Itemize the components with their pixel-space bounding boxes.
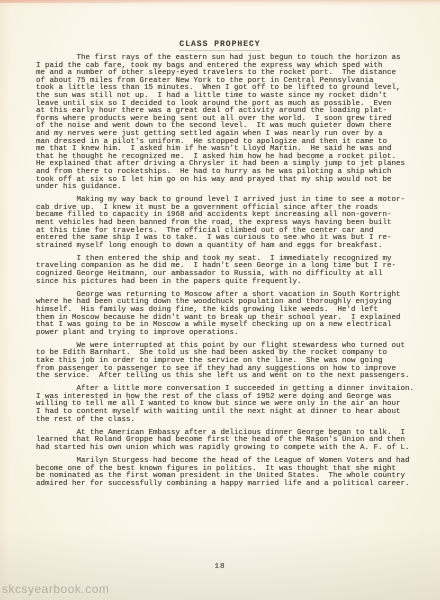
paragraph-1: The first rays of the eastern sun had ju… — [36, 55, 428, 192]
page-title-text: CLASS PROPHECY — [179, 40, 260, 51]
paragraph-8: Marilyn Sturgess had become the head of … — [36, 458, 428, 488]
prophecy-text-block: The first rays of the eastern sun had ju… — [36, 55, 428, 494]
scan-edge-artifact — [0, 0, 440, 3]
paragraph-4: George was returning to Moscow after a s… — [36, 292, 428, 338]
scanned-yearbook-page: CLASS PROPHECY The first rays of the eas… — [0, 0, 440, 600]
paragraph-6: After a little more conversation I succe… — [36, 386, 428, 424]
paragraph-5: We were interrupted at this point by our… — [36, 343, 428, 381]
paragraph-2: Making my way back to ground level I arr… — [36, 197, 428, 250]
page-number: 18 — [0, 563, 440, 571]
paragraph-7: At the American Embassy after a deliciou… — [36, 430, 428, 453]
page-title: CLASS PROPHECY — [0, 40, 440, 51]
watermark: skcsyearbook.com — [2, 582, 109, 596]
paragraph-3: I then entered the ship and took my seat… — [36, 256, 428, 286]
